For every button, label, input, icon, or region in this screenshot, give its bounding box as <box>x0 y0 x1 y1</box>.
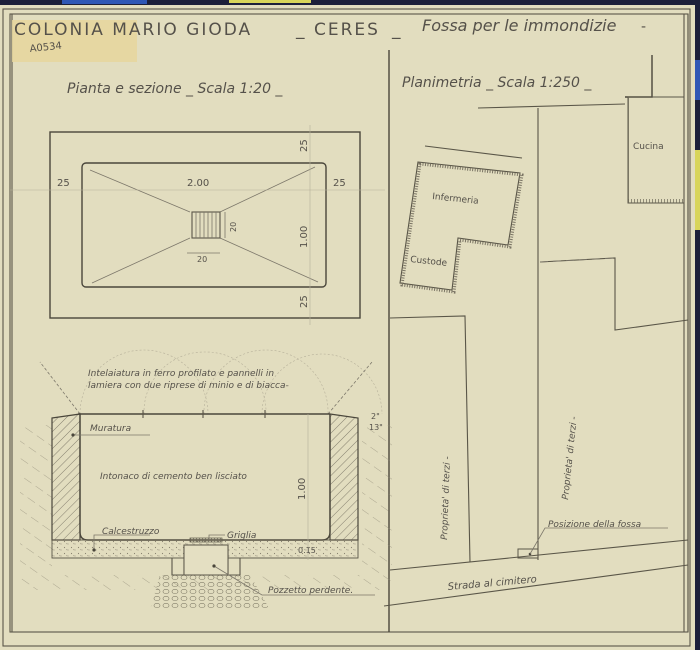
section-note-line2: lamiera con due riprese di minio e di bi… <box>88 381 289 391</box>
svg-text:_: _ <box>295 20 307 40</box>
dim-depth: 1.00 <box>297 478 308 500</box>
title-place: CERES <box>314 20 380 40</box>
title-subject: Fossa per le immondizie <box>422 16 617 35</box>
svg-text:-: - <box>641 19 646 35</box>
dim-grate-height: 20 <box>229 222 238 232</box>
label-grate: Griglia <box>227 531 256 541</box>
section-note-line1: Intelaiatura in ferro profilato e pannel… <box>88 369 274 379</box>
label-sump: Pozzetto perdente. <box>268 586 353 596</box>
title-project: COLONIA MARIO GIODA <box>14 20 252 40</box>
dim-wall-left: 25 <box>57 178 70 189</box>
label-masonry: Muratura <box>90 424 131 434</box>
right-panel-heading: Planimetria _ Scala 1:250 _ <box>402 75 592 91</box>
dim-curb: 13" <box>369 423 383 432</box>
left-panel-heading: Pianta e sezione _ Scala 1:20 _ <box>67 81 283 97</box>
dim-lid: 2" <box>371 412 380 421</box>
label-plaster: Intonaco di cemento ben lisciato <box>100 472 247 482</box>
svg-text:_: _ <box>391 20 403 40</box>
dim-grate-width: 20 <box>197 255 207 264</box>
dim-wall-top: 25 <box>299 139 310 152</box>
label-concrete: Calcestruzzo <box>102 527 160 537</box>
dim-length: 2.00 <box>187 178 209 189</box>
technical-drawing-sheet: A0534 COLONIA MARIO GIODA _ CERES _ Foss… <box>0 0 700 650</box>
dim-wall-bottom: 25 <box>299 295 310 308</box>
dim-wall-right: 25 <box>333 178 346 189</box>
dim-width: 1.00 <box>299 226 310 248</box>
label-pit-position: Posizione della fossa <box>548 520 641 530</box>
dim-slab: 0.15 <box>298 546 316 555</box>
building-kitchen: Cucina <box>633 142 664 152</box>
